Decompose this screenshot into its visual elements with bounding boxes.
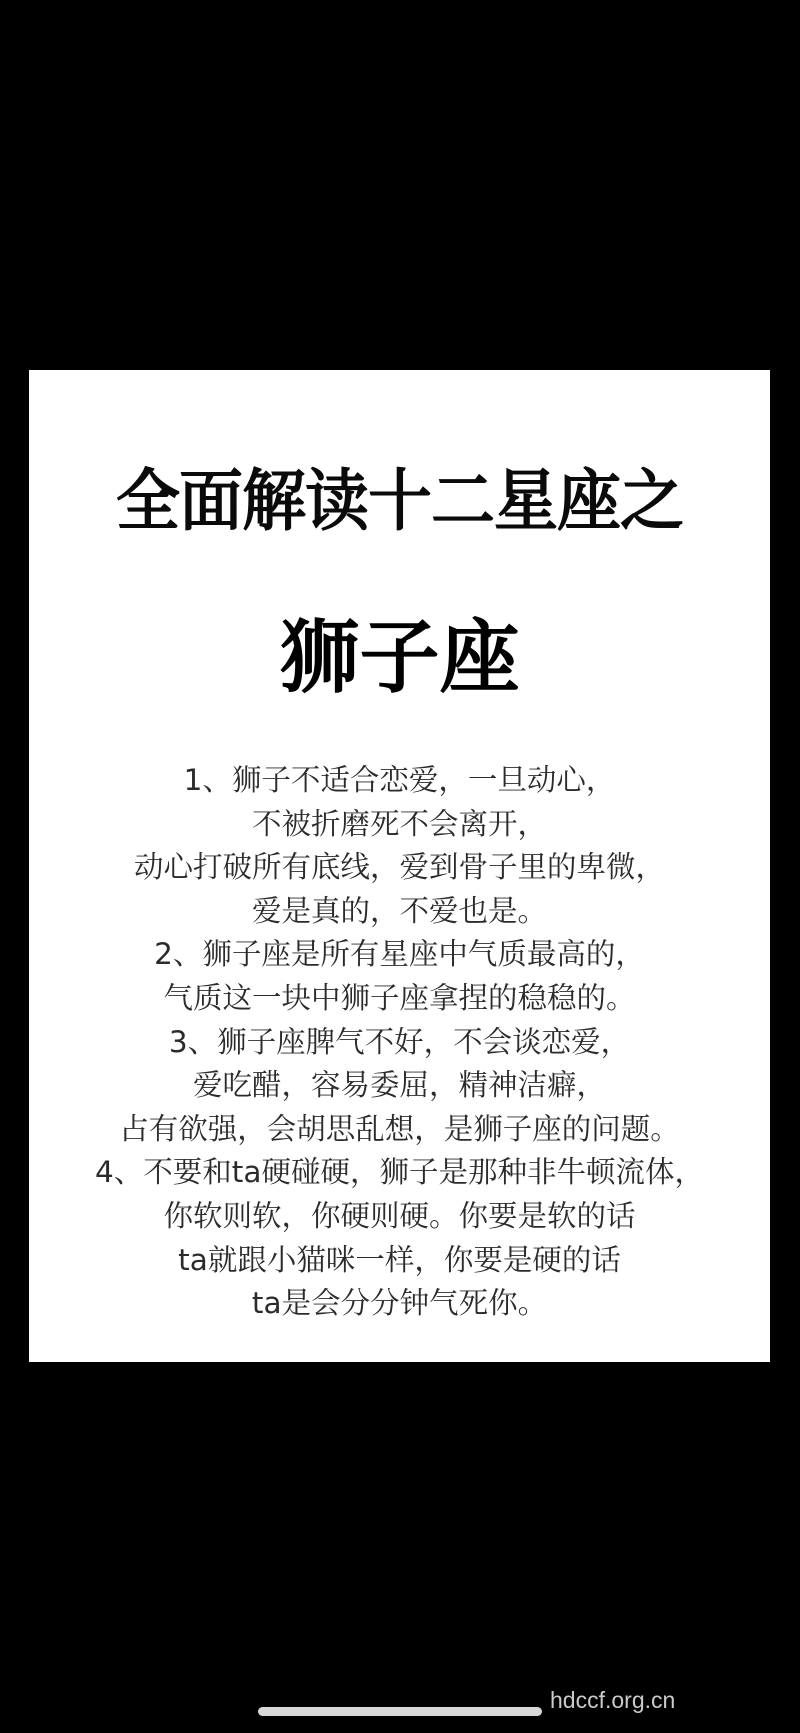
text-line: ta是会分分钟气死你。: [29, 1282, 770, 1326]
text-line: 2、狮子座是所有星座中气质最高的，: [29, 933, 770, 977]
text-line: 爱吃醋，容易委屈，精神洁癖，: [29, 1064, 770, 1108]
zodiac-sign-heading: 狮子座: [29, 610, 770, 706]
text-line: 占有欲强，会胡思乱想，是狮子座的问题。: [29, 1108, 770, 1152]
page-title: 全面解读十二星座之: [29, 460, 770, 544]
text-line: 气质这一块中狮子座拿捏的稳稳的。: [29, 977, 770, 1021]
home-indicator-bar[interactable]: [258, 1707, 542, 1716]
text-line: 4、不要和ta硬碰硬，狮子是那种非牛顿流体，: [29, 1151, 770, 1195]
watermark-text: hdccf.org.cn: [550, 1687, 675, 1713]
text-line: 你软则软，你硬则硬。你要是软的话: [29, 1195, 770, 1239]
text-line: 1、狮子不适合恋爱，一旦动心，: [29, 759, 770, 803]
text-line: 动心打破所有底线，爱到骨子里的卑微，: [29, 846, 770, 890]
text-line: ta就跟小猫咪一样，你要是硬的话: [29, 1239, 770, 1283]
description-text: 1、狮子不适合恋爱，一旦动心， 不被折磨死不会离开， 动心打破所有底线，爱到骨子…: [29, 759, 770, 1326]
text-line: 爱是真的，不爱也是。: [29, 890, 770, 934]
content-card: 全面解读十二星座之 狮子座 1、狮子不适合恋爱，一旦动心， 不被折磨死不会离开，…: [29, 370, 770, 1362]
text-line: 3、狮子座脾气不好，不会谈恋爱，: [29, 1021, 770, 1065]
text-line: 不被折磨死不会离开，: [29, 803, 770, 847]
